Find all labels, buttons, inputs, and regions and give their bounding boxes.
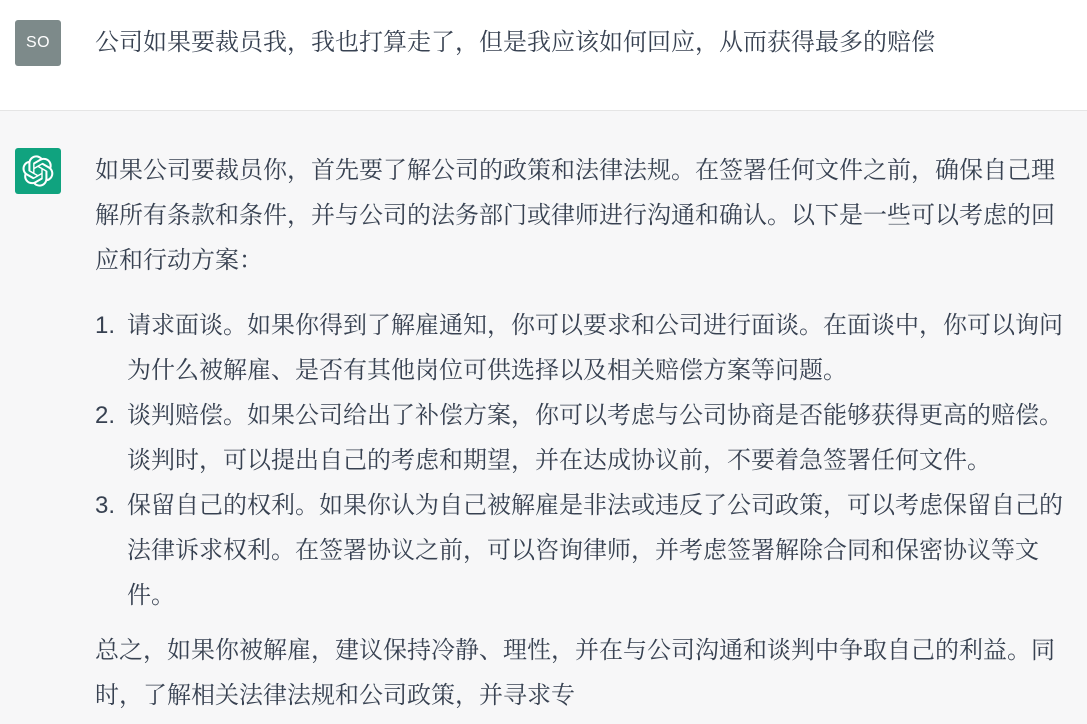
chat-conversation: SO 公司如果要裁员我，我也打算走了，但是我应该如何回应，从而获得最多的赔偿 如… xyxy=(0,0,1087,724)
list-item-text: 保留自己的权利。如果你认为自己被解雇是非法或违反了公司政策，可以考虑保留自己的法… xyxy=(127,483,1067,618)
assistant-intro-paragraph: 如果公司要裁员你，首先要了解公司的政策和法律法规。在签署任何文件之前，确保自己理… xyxy=(95,148,1067,283)
list-item-number: 3. xyxy=(95,483,127,618)
assistant-message: 如果公司要裁员你，首先要了解公司的政策和法律法规。在签署任何文件之前，确保自己理… xyxy=(0,111,1087,724)
assistant-message-content: 如果公司要裁员你，首先要了解公司的政策和法律法规。在签署任何文件之前，确保自己理… xyxy=(95,148,1067,718)
assistant-avatar xyxy=(15,148,61,194)
user-message: SO 公司如果要裁员我，我也打算走了，但是我应该如何回应，从而获得最多的赔偿 xyxy=(0,0,1087,111)
list-item: 1. 请求面谈。如果你得到了解雇通知，你可以要求和公司进行面谈。在面谈中，你可以… xyxy=(95,303,1067,393)
assistant-numbered-list: 1. 请求面谈。如果你得到了解雇通知，你可以要求和公司进行面谈。在面谈中，你可以… xyxy=(95,303,1067,618)
openai-logo-icon xyxy=(22,155,54,187)
list-item-number: 2. xyxy=(95,393,127,483)
user-message-text: 公司如果要裁员我，我也打算走了，但是我应该如何回应，从而获得最多的赔偿 xyxy=(95,20,1067,65)
list-item-number: 1. xyxy=(95,303,127,393)
assistant-outro-paragraph: 总之，如果你被解雇，建议保持冷静、理性，并在与公司沟通和谈判中争取自己的利益。同… xyxy=(95,628,1067,718)
list-item: 2. 谈判赔偿。如果公司给出了补偿方案，你可以考虑与公司协商是否能够获得更高的赔… xyxy=(95,393,1067,483)
list-item-text: 谈判赔偿。如果公司给出了补偿方案，你可以考虑与公司协商是否能够获得更高的赔偿。谈… xyxy=(127,393,1067,483)
user-avatar: SO xyxy=(15,20,61,66)
list-item: 3. 保留自己的权利。如果你认为自己被解雇是非法或违反了公司政策，可以考虑保留自… xyxy=(95,483,1067,618)
user-avatar-initials: SO xyxy=(26,34,50,52)
list-item-text: 请求面谈。如果你得到了解雇通知，你可以要求和公司进行面谈。在面谈中，你可以询问为… xyxy=(127,303,1067,393)
